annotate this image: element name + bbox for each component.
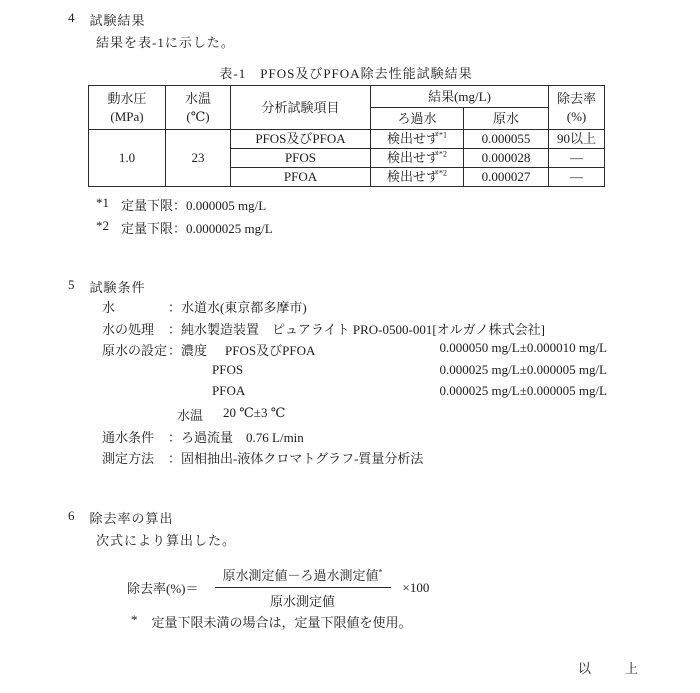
header-removal-label: 除去率	[549, 90, 604, 108]
formula-numerator-note: *	[379, 568, 383, 577]
header-pressure: 動水圧 (MPa)	[89, 86, 166, 130]
test-conditions: 水：水道水(東京都多摩市) 水の処理：純水製造装置 ピュアライト PRO-050…	[102, 297, 607, 470]
formula-multiplier: ×100	[403, 580, 430, 596]
header-temp-unit: (℃)	[166, 108, 230, 126]
formula-denominator: 原水測定値	[215, 588, 391, 610]
closing-first: 以	[578, 661, 591, 676]
colon: ：	[168, 340, 181, 359]
cell-item: PFOS及びPFOA	[231, 130, 371, 149]
colon: ：	[168, 319, 181, 338]
condition-label: 水	[102, 297, 168, 316]
condition-label: 水温	[177, 405, 203, 424]
condition-method: 測定方法：固相抽出-液体クロマトグラフ-質量分析法	[102, 448, 607, 470]
cell-raw: 0.000028	[464, 149, 549, 168]
header-temp: 水温 (℃)	[166, 86, 231, 130]
concentration-value: 0.000050 mg/L±0.000010 mg/L	[440, 340, 607, 359]
removal-rate-formula: 除去率(%)＝ 原水測定値－ろ過水測定値* 原水測定値 ×100	[127, 565, 429, 610]
condition-label: 原水の設定	[102, 340, 168, 359]
section5-title: 試験条件	[90, 277, 146, 296]
condition-water-treatment: 水の処理：純水製造装置 ピュアライト PRO-0500-001[オルガノ株式会社…	[102, 319, 607, 341]
condition-value: 固相抽出-液体クロマトグラフ-質量分析法	[181, 448, 423, 467]
header-temp-label: 水温	[166, 90, 230, 108]
section6-number: 6	[68, 508, 76, 527]
section6-title: 除去率の算出	[90, 508, 174, 527]
condition-value: 水道水(東京都多摩市)	[181, 297, 307, 316]
condition-label: 通水条件	[102, 427, 168, 446]
cell-filtered-text: 検出せず	[387, 131, 439, 146]
condition-concentration-pfos: PFOS 0.000025 mg/L±0.000005 mg/L	[102, 362, 607, 384]
condition-flow: 通水条件：ろ過流量 0.76 L/min	[102, 427, 607, 449]
footnote-text: 定量下限未満の場合は，定量下限値を使用。	[152, 612, 412, 631]
section4-heading: 4 試験結果	[68, 10, 146, 29]
header-removal-unit: (%)	[549, 108, 604, 126]
section4-intro: 結果を表-1に示した。	[96, 32, 235, 51]
cell-filtered: 検出せず*2	[371, 168, 464, 187]
header-removal: 除去率 (%)	[549, 86, 605, 130]
table-note-1: *1 定量下限：0.000005 mg/L	[96, 195, 266, 214]
cell-removal: 90以上	[549, 130, 605, 149]
condition-concentration-pfoa: PFOA 0.000025 mg/L±0.000005 mg/L	[102, 383, 607, 405]
condition-water: 水：水道水(東京都多摩市)	[102, 297, 607, 319]
concentration-sub-label: 濃度	[181, 343, 207, 358]
cell-filtered-text: 検出せず	[387, 169, 439, 184]
header-analysis-item: 分析試験項目	[231, 86, 371, 130]
condition-value: ろ過流量 0.76 L/min	[181, 427, 304, 446]
header-result-group: 結果(mg/L)	[371, 86, 549, 108]
note-text: 定量下限：0.000005 mg/L	[121, 195, 266, 214]
cell-item: PFOS	[231, 149, 371, 168]
formula-numerator: 原水測定値－ろ過水測定値*	[215, 565, 391, 588]
table-note-2: *2 定量下限：0.0000025 mg/L	[96, 218, 273, 237]
cell-filtered: 検出せず*1	[371, 130, 464, 149]
cell-filtered: 検出せず*2	[371, 149, 464, 168]
results-table: 動水圧 (MPa) 水温 (℃) 分析試験項目 結果(mg/L) 除去率 (%)…	[88, 85, 605, 187]
cell-filtered-note: *2	[439, 169, 447, 178]
cell-removal: ―	[549, 168, 605, 187]
formula-lhs: 除去率(%)＝	[127, 578, 199, 597]
concentration-name: PFOS及びPFOA	[225, 343, 315, 358]
footnote-label: *	[131, 612, 138, 631]
closing-second: 上	[625, 661, 638, 676]
cell-filtered-text: 検出せず	[387, 150, 439, 165]
table-title: 表-1 PFOS及びPFOA除去性能試験結果	[88, 63, 604, 82]
colon: ：	[168, 427, 181, 446]
header-filtered-water: ろ過水	[371, 108, 464, 130]
results-table-wrapper: 動水圧 (MPa) 水温 (℃) 分析試験項目 結果(mg/L) 除去率 (%)…	[88, 85, 605, 187]
note-label: *2	[96, 218, 109, 237]
condition-value: 純水製造装置 ピュアライト PRO-0500-001[オルガノ株式会社]	[181, 319, 545, 338]
cell-raw: 0.000027	[464, 168, 549, 187]
condition-label: 水の処理	[102, 319, 168, 338]
header-pressure-unit: (MPa)	[89, 108, 165, 126]
concentration-row: 濃度PFOS及びPFOA 0.000050 mg/L±0.000010 mg/L	[181, 340, 607, 359]
note-text: 定量下限：0.0000025 mg/L	[121, 218, 273, 237]
section4-number: 4	[68, 10, 76, 29]
header-raw-water: 原水	[464, 108, 549, 130]
concentration-name: PFOA	[212, 383, 245, 399]
cell-filtered-note: *1	[439, 131, 447, 140]
formula-fraction: 原水測定値－ろ過水測定値* 原水測定値	[215, 565, 391, 610]
formula-footnote: * 定量下限未満の場合は，定量下限値を使用。	[131, 612, 412, 631]
colon: ：	[168, 297, 181, 316]
table-row: 1.0 23 PFOS及びPFOA 検出せず*1 0.000055 90以上	[89, 130, 605, 149]
concentration-name: PFOS	[212, 362, 243, 378]
section5-number: 5	[68, 277, 76, 296]
note-label: *1	[96, 195, 109, 214]
table-header-row-1: 動水圧 (MPa) 水温 (℃) 分析試験項目 結果(mg/L) 除去率 (%)	[89, 86, 605, 108]
condition-water-temp: 水温20 ℃±3 ℃	[102, 405, 607, 427]
cell-item: PFOA	[231, 168, 371, 187]
section4-title: 試験結果	[90, 10, 146, 29]
cell-temp-value: 23	[166, 130, 231, 187]
section5-heading: 5 試験条件	[68, 277, 146, 296]
closing-mark: 以上	[578, 658, 638, 677]
cell-filtered-note: *2	[439, 150, 447, 159]
concentration-value: 0.000025 mg/L±0.000005 mg/L	[440, 383, 607, 399]
header-pressure-label: 動水圧	[89, 90, 165, 108]
condition-value: 20 ℃±3 ℃	[223, 405, 285, 421]
cell-raw: 0.000055	[464, 130, 549, 149]
section6-heading: 6 除去率の算出	[68, 508, 174, 527]
cell-removal: ―	[549, 149, 605, 168]
section6-intro: 次式により算出した。	[96, 530, 236, 549]
concentration-value: 0.000025 mg/L±0.000005 mg/L	[440, 362, 607, 378]
cell-pressure-value: 1.0	[89, 130, 166, 187]
condition-raw-water-setting: 原水の設定： 濃度PFOS及びPFOA 0.000050 mg/L±0.0000…	[102, 340, 607, 362]
condition-label: 測定方法	[102, 448, 168, 467]
colon: ：	[168, 448, 181, 467]
